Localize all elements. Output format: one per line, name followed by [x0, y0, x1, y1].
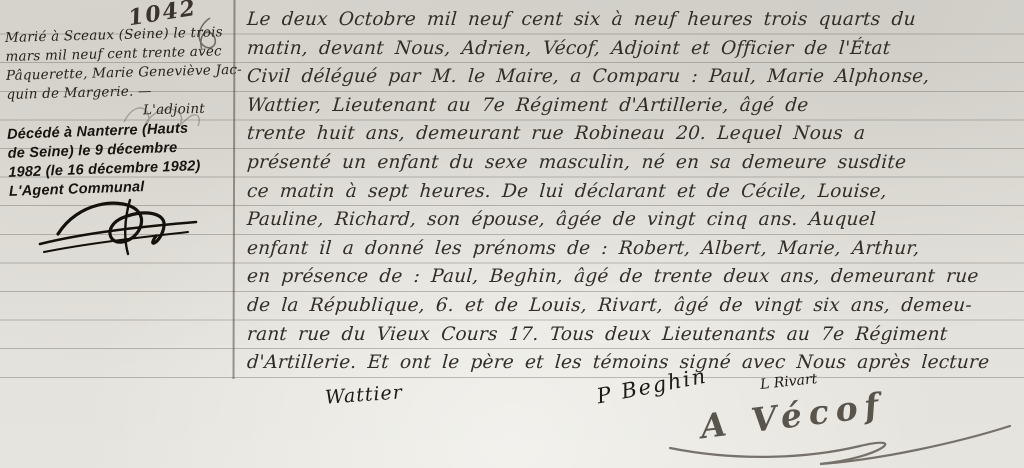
communal-agent-signature	[38, 192, 208, 262]
officer-signature-flourish	[660, 408, 1020, 468]
marriage-note-line: Marié à Sceaux (Seine) le trois	[5, 24, 223, 46]
margin-death-note: Décédé à Nanterre (Hauts de Seine) le 9 …	[7, 118, 230, 202]
act-body-line: rant rue du Vieux Cours 17. Tous deux Li…	[246, 321, 1024, 350]
scanned-birth-act-page: 1042 Marié à Sceaux (Seine) le trois mar…	[0, 0, 1024, 468]
death-note-line: 1982 (le 16 décembre 1982)	[8, 158, 201, 181]
act-body-line: Pauline, Richard, son épouse, âgée de vi…	[246, 206, 1024, 235]
margin-column: 1042 Marié à Sceaux (Seine) le trois mar…	[0, 0, 232, 468]
marriage-note-line: Pâquerette, Marie Geneviève Jac-	[6, 62, 242, 84]
act-body-line: de la République, 6. et de Louis, Rivart…	[246, 292, 1024, 321]
margin-vertical-rule	[233, 0, 236, 379]
marriage-note-line: mars mil neuf cent trente avec	[5, 43, 222, 65]
act-body-line: d'Artillerie. Et ont le père et les témo…	[246, 349, 1024, 378]
act-body-line: présenté un enfant du sexe masculin, né …	[246, 149, 1024, 178]
act-body-line: Civil délégué par M. le Maire, a Comparu…	[246, 63, 1024, 92]
act-body-line: ce matin à sept heures. De lui déclarant…	[246, 178, 1024, 207]
act-body-line: Wattier, Lieutenant au 7e Régiment d'Art…	[246, 92, 1024, 121]
act-body-line: matin, devant Nous, Adrien, Vécof, Adjoi…	[246, 35, 1024, 64]
death-note-line: de Seine) le 9 décembre	[7, 140, 177, 162]
act-body-line: trente huit ans, demeurant rue Robineau …	[246, 120, 1024, 149]
act-body-line: en présence de : Paul, Beghin, âgé de tr…	[246, 263, 1024, 292]
act-body-line: Le deux Octobre mil neuf cent six à neuf…	[246, 6, 1024, 35]
act-body-line: enfant il a donné les prénoms de : Rober…	[246, 235, 1024, 264]
act-body: Le deux Octobre mil neuf cent six à neuf…	[246, 6, 1024, 378]
signature-father: Wattier	[324, 381, 403, 408]
